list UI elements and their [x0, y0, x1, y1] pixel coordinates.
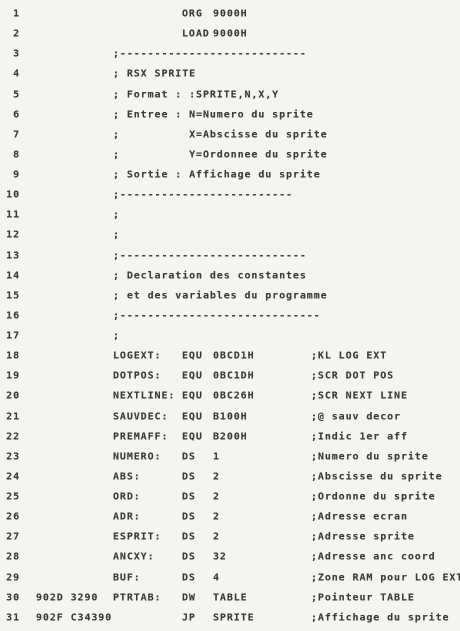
- opcode: DS: [182, 532, 196, 543]
- line-number: 21: [5, 411, 20, 422]
- label: ESPRIT:: [113, 532, 161, 543]
- code-line: 16 ;-----------------------------: [0, 306, 460, 326]
- line-number: 8: [5, 149, 20, 160]
- comment: ;Ordonne du sprite: [311, 492, 436, 503]
- opcode: EQU: [182, 351, 203, 362]
- line-number: 20: [5, 391, 20, 402]
- line-number: 9: [5, 170, 20, 181]
- code-line: 4 ; RSX SPRITE: [0, 64, 460, 84]
- line-number: 10: [5, 190, 20, 201]
- operand: 2: [213, 492, 220, 503]
- code-line: 11 ;: [0, 205, 460, 225]
- label: DOTPOS:: [113, 371, 161, 382]
- line-number: 24: [5, 471, 20, 482]
- opcode: LOAD: [182, 29, 210, 40]
- label: NUMERO:: [113, 451, 161, 462]
- code-line: 23 NUMERO: DS 1 ;Numero du sprite: [0, 447, 460, 467]
- label: ;: [113, 210, 120, 221]
- address: 902F C34390: [36, 612, 112, 623]
- line-number: 31: [5, 612, 20, 623]
- address: 902D 3290: [36, 592, 98, 603]
- operand: 9000H: [213, 29, 248, 40]
- operand: SPRITE: [213, 612, 255, 623]
- label: ; Y=Ordonnee du sprite: [113, 149, 328, 160]
- code-line: 15 ; et des variables du programme: [0, 286, 460, 306]
- code-line: 28 ANCXY: DS 32 ;Adresse anc coord: [0, 547, 460, 567]
- code-line: 10 ;-------------------------: [0, 185, 460, 205]
- line-number: 3: [5, 49, 20, 60]
- label: BUF:: [113, 572, 141, 583]
- line-number: 28: [5, 552, 20, 563]
- line-number: 19: [5, 371, 20, 382]
- opcode: DS: [182, 512, 196, 523]
- comment: ;Abscisse du sprite: [311, 471, 443, 482]
- opcode: EQU: [182, 431, 203, 442]
- line-number: 29: [5, 572, 20, 583]
- label: ; Declaration des constantes: [113, 270, 307, 281]
- comment: ;KL LOG EXT: [311, 351, 387, 362]
- line-number: 6: [5, 109, 20, 120]
- label: ABS:: [113, 471, 141, 482]
- comment: ;Adresse ecran: [311, 512, 408, 523]
- line-number: 17: [5, 331, 20, 342]
- opcode: EQU: [182, 391, 203, 402]
- line-number: 22: [5, 431, 20, 442]
- code-line: 6 ; Entree : N=Numero du sprite: [0, 105, 460, 125]
- label: LOGEXT:: [113, 351, 161, 362]
- line-number: 5: [5, 89, 20, 100]
- label: ; RSX SPRITE: [113, 69, 196, 80]
- line-number: 1: [5, 9, 20, 20]
- comment: ;Affichage du sprite: [311, 612, 449, 623]
- code-line: 1 ORG 9000H: [0, 4, 460, 24]
- scanned-listing-page: 1 ORG 9000H 2 LOAD 9000H 3 ;------------…: [0, 0, 460, 631]
- line-number: 7: [5, 129, 20, 140]
- line-number: 2: [5, 29, 20, 40]
- line-number: 25: [5, 492, 20, 503]
- code-line: 22 PREMAFF: EQU B200H ;Indic 1er aff: [0, 427, 460, 447]
- code-line: 27 ESPRIT: DS 2 ;Adresse sprite: [0, 527, 460, 547]
- code-line: 26 ADR: DS 2 ;Adresse ecran: [0, 507, 460, 527]
- label: ADR:: [113, 512, 141, 523]
- code-line: 7 ; X=Abscisse du sprite: [0, 125, 460, 145]
- code-line: 31 902F C34390 JP SPRITE ;Affichage du s…: [0, 608, 460, 628]
- label: ; X=Abscisse du sprite: [113, 129, 328, 140]
- line-number: 4: [5, 69, 20, 80]
- operand: 0BCD1H: [213, 351, 255, 362]
- line-number: 15: [5, 290, 20, 301]
- code-line: 12 ;: [0, 225, 460, 245]
- line-number: 16: [5, 310, 20, 321]
- code-line: 24 ABS: DS 2 ;Abscisse du sprite: [0, 467, 460, 487]
- code-line: 19 DOTPOS: EQU 0BC1DH ;SCR DOT POS: [0, 366, 460, 386]
- label: PREMAFF:: [113, 431, 168, 442]
- comment: ;Numero du sprite: [311, 451, 429, 462]
- code-line: 8 ; Y=Ordonnee du sprite: [0, 145, 460, 165]
- comment: ;Adresse anc coord: [311, 552, 436, 563]
- assembly-listing: 1 ORG 9000H 2 LOAD 9000H 3 ;------------…: [0, 4, 460, 628]
- label: ANCXY:: [113, 552, 155, 563]
- code-line: 25 ORD: DS 2 ;Ordonne du sprite: [0, 487, 460, 507]
- comment: ;Zone RAM pour LOG EXT: [311, 572, 460, 583]
- code-line: 3 ;---------------------------: [0, 44, 460, 64]
- comment: ;SCR NEXT LINE: [311, 391, 408, 402]
- line-number: 11: [5, 210, 20, 221]
- code-line: 5 ; Format : :SPRITE,N,X,Y: [0, 85, 460, 105]
- label: ; et des variables du programme: [113, 290, 328, 301]
- label: ; Entree : N=Numero du sprite: [113, 109, 314, 120]
- operand: 2: [213, 471, 220, 482]
- operand: TABLE: [213, 592, 248, 603]
- operand: 0BC26H: [213, 391, 255, 402]
- opcode: DS: [182, 451, 196, 462]
- label: PTRTAB:: [113, 592, 161, 603]
- operand: 0BC1DH: [213, 371, 255, 382]
- code-line: 20 NEXTLINE: EQU 0BC26H ;SCR NEXT LINE: [0, 386, 460, 406]
- code-line: 21 SAUVDEC: EQU B100H ;@ sauv decor: [0, 407, 460, 427]
- line-number: 18: [5, 351, 20, 362]
- line-number: 12: [5, 230, 20, 241]
- operand: 32: [213, 552, 227, 563]
- comment: ;@ sauv decor: [311, 411, 401, 422]
- opcode: EQU: [182, 371, 203, 382]
- label: NEXTLINE:: [113, 391, 175, 402]
- operand: 4: [213, 572, 220, 583]
- code-line: 30 902D 3290 PTRTAB: DW TABLE ;Pointeur …: [0, 588, 460, 608]
- label: ORD:: [113, 492, 141, 503]
- line-number: 26: [5, 512, 20, 523]
- line-number: 14: [5, 270, 20, 281]
- operand: 1: [213, 451, 220, 462]
- label: SAUVDEC:: [113, 411, 168, 422]
- opcode: DS: [182, 492, 196, 503]
- operand: 2: [213, 532, 220, 543]
- label: ;: [113, 230, 120, 241]
- opcode: DS: [182, 552, 196, 563]
- operand: 9000H: [213, 9, 248, 20]
- code-line: 18 LOGEXT: EQU 0BCD1H ;KL LOG EXT: [0, 346, 460, 366]
- line-number: 23: [5, 451, 20, 462]
- opcode: DW: [182, 592, 196, 603]
- opcode: JP: [182, 612, 196, 623]
- operand: B100H: [213, 411, 248, 422]
- label: ;---------------------------: [113, 49, 307, 60]
- line-number: 13: [5, 250, 20, 261]
- label: ;---------------------------: [113, 250, 307, 261]
- opcode: EQU: [182, 411, 203, 422]
- comment: ;SCR DOT POS: [311, 371, 394, 382]
- code-line: 14 ; Declaration des constantes: [0, 266, 460, 286]
- operand: 2: [213, 512, 220, 523]
- code-line: 29 BUF: DS 4 ;Zone RAM pour LOG EXT: [0, 568, 460, 588]
- opcode: DS: [182, 471, 196, 482]
- opcode: ORG: [182, 9, 203, 20]
- label: ; Format : :SPRITE,N,X,Y: [113, 89, 279, 100]
- comment: ;Indic 1er aff: [311, 431, 408, 442]
- line-number: 30: [5, 592, 20, 603]
- code-line: 13 ;---------------------------: [0, 246, 460, 266]
- opcode: DS: [182, 572, 196, 583]
- label: ; Sortie : Affichage du sprite: [113, 170, 321, 181]
- label: ;-----------------------------: [113, 310, 321, 321]
- code-line: 17 ;: [0, 326, 460, 346]
- label: ;: [113, 331, 120, 342]
- comment: ;Pointeur TABLE: [311, 592, 415, 603]
- comment: ;Adresse sprite: [311, 532, 415, 543]
- code-line: 2 LOAD 9000H: [0, 24, 460, 44]
- code-line: 9 ; Sortie : Affichage du sprite: [0, 165, 460, 185]
- operand: B200H: [213, 431, 248, 442]
- line-number: 27: [5, 532, 20, 543]
- label: ;-------------------------: [113, 190, 293, 201]
